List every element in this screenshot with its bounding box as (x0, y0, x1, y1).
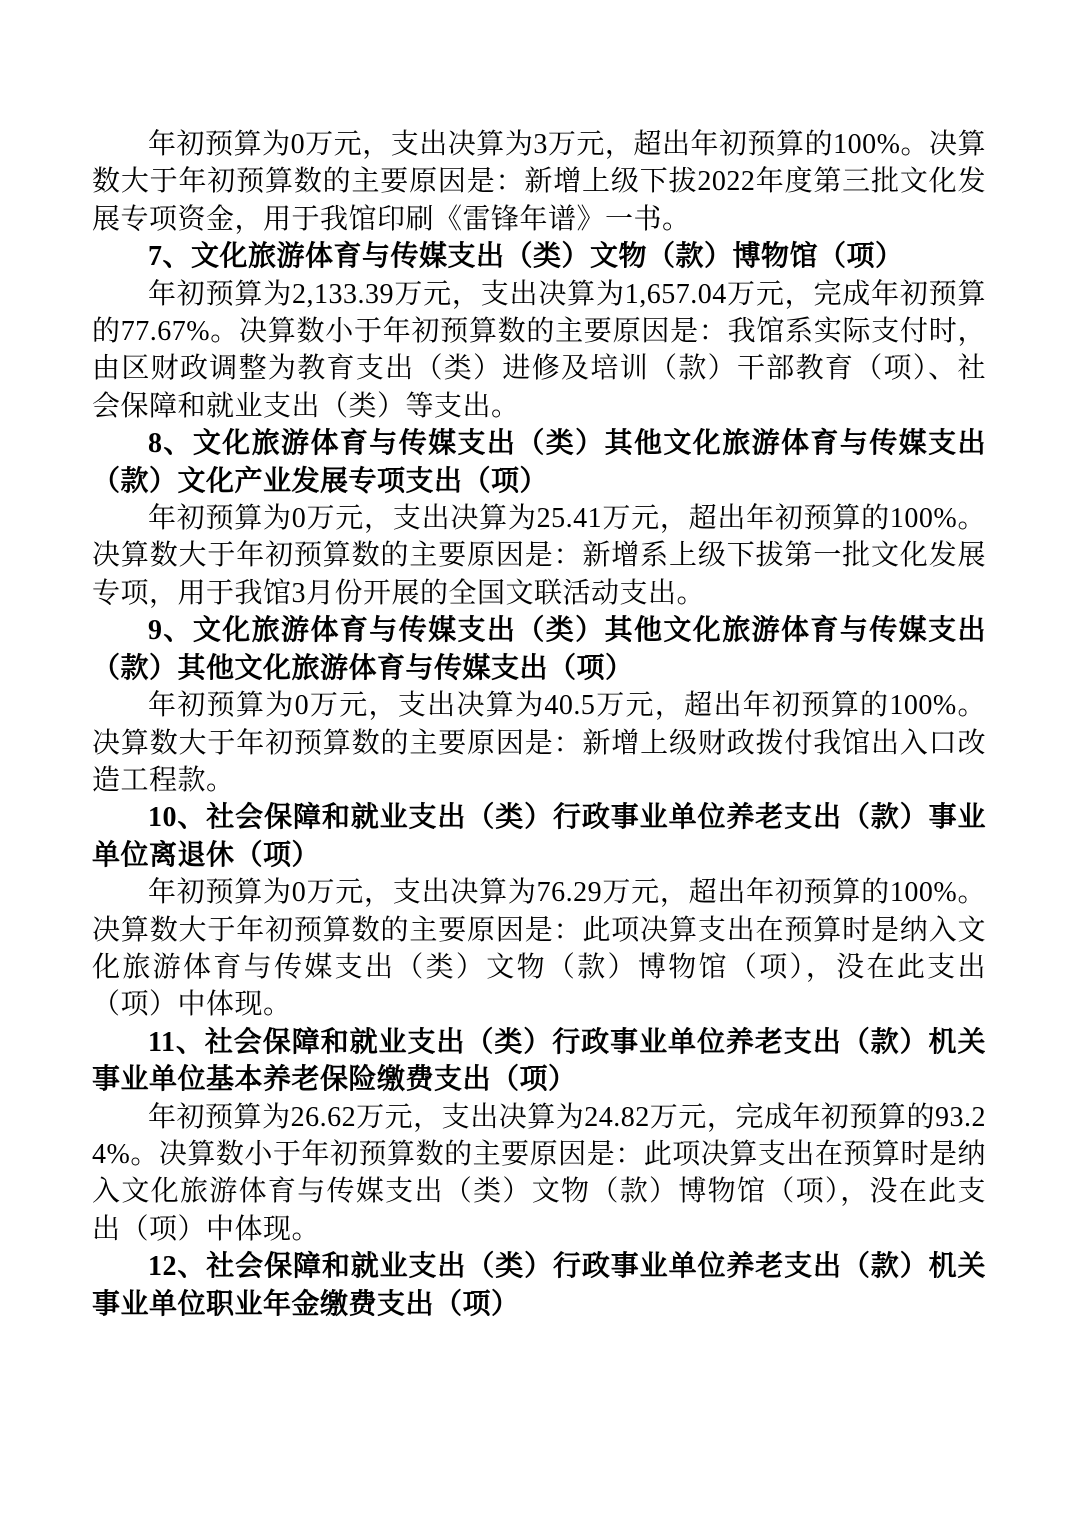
document-page: 年初预算为0万元，支出决算为3万元，超出年初预算的100%。决算数大于年初预算数… (0, 0, 1074, 1520)
section-heading: 8、文化旅游体育与传媒支出（类）其他文化旅游体育与传媒支出（款）文化产业发展专项… (92, 425, 986, 500)
body-paragraph: 年初预算为26.62万元，支出决算为24.82万元，完成年初预算的93.24%。… (92, 1099, 986, 1249)
body-paragraph: 年初预算为0万元，支出决算为40.5万元，超出年初预算的100%。决算数大于年初… (92, 687, 986, 799)
section-heading: 12、社会保障和就业支出（类）行政事业单位养老支出（款）机关事业单位职业年金缴费… (92, 1248, 986, 1323)
body-paragraph: 年初预算为0万元，支出决算为76.29万元，超出年初预算的100%。决算数大于年… (92, 874, 986, 1024)
body-paragraph: 年初预算为0万元，支出决算为3万元，超出年初预算的100%。决算数大于年初预算数… (92, 126, 986, 238)
section-heading: 11、社会保障和就业支出（类）行政事业单位养老支出（款）机关事业单位基本养老保险… (92, 1024, 986, 1099)
section-heading: 9、文化旅游体育与传媒支出（类）其他文化旅游体育与传媒支出（款）其他文化旅游体育… (92, 612, 986, 687)
document-content: 年初预算为0万元，支出决算为3万元，超出年初预算的100%。决算数大于年初预算数… (92, 126, 986, 1323)
section-heading: 7、文化旅游体育与传媒支出（类）文物（款）博物馆（项） (92, 238, 986, 275)
body-paragraph: 年初预算为0万元，支出决算为25.41万元，超出年初预算的100%。决算数大于年… (92, 500, 986, 612)
body-paragraph: 年初预算为2,133.39万元，支出决算为1,657.04万元，完成年初预算的7… (92, 276, 986, 426)
section-heading: 10、社会保障和就业支出（类）行政事业单位养老支出（款）事业单位离退休（项） (92, 799, 986, 874)
